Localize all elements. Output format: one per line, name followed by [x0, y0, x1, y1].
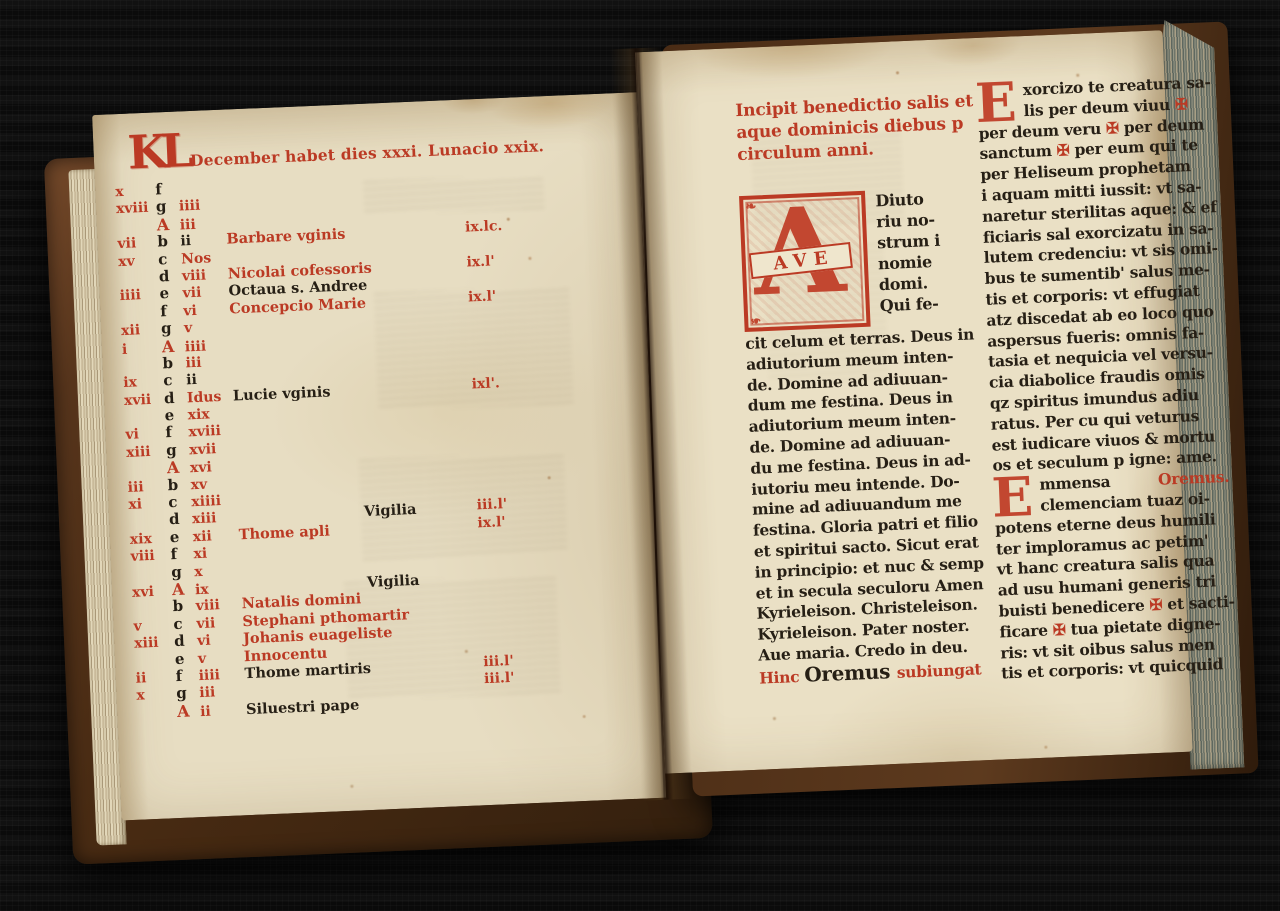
calendar-rows: xfxviiigiiiiAiiiviibiiBarbare vginisix.l… [95, 160, 662, 721]
initial-side-line: nomie [878, 251, 942, 275]
maltese-cross-icon: ✠ [1149, 595, 1162, 615]
day-numeral: ii [200, 702, 247, 720]
dominical-letter: d [174, 631, 198, 650]
golden-number [117, 230, 157, 232]
lessons-note: ix.lc. [465, 218, 503, 236]
foxing-spots [896, 71, 899, 74]
dominical-letter: e [159, 284, 183, 303]
lessons-note: ix.l' [477, 514, 506, 531]
dominical-letter: b [157, 232, 181, 251]
golden-number [135, 664, 175, 666]
dominical-letter: g [156, 197, 180, 216]
golden-number [121, 316, 161, 318]
maltese-cross-icon: ✠ [1056, 141, 1069, 161]
dominical-letter: f [175, 666, 199, 685]
dominical-letter: A [177, 701, 201, 721]
initial-side-line: Diuto [875, 188, 939, 212]
maltese-cross-icon: ✠ [1106, 118, 1119, 138]
dominical-letter: c [158, 249, 182, 268]
kl-monogram: KL [127, 127, 187, 175]
lessons-note: iii.l' [484, 670, 515, 687]
dominical-letter: e [169, 527, 193, 546]
dominical-letter: d [159, 266, 183, 285]
dominical-letter: c [173, 614, 197, 633]
initial-side-line: Qui fe- [879, 293, 943, 317]
initial-side-text: Diutoriu no-strum inomiedomi.Qui fe- [875, 188, 944, 327]
dominical-letter: b [172, 597, 196, 616]
feast-name: Siluestri pape [246, 696, 360, 718]
dominical-letter: f [155, 180, 179, 199]
lessons-note: iii.l' [483, 653, 514, 670]
golden-number [133, 612, 173, 614]
calendar-title: December habet dies xxxi. Lunacio xxix. [190, 136, 545, 170]
golden-number [137, 717, 177, 719]
right-page-benediction: Incipit benedictio salis etaque dominici… [635, 30, 1193, 773]
dominical-letter: e [164, 405, 188, 424]
initial-side-line: strum i [877, 230, 941, 254]
dominical-letter: c [163, 371, 187, 390]
dominical-letter: f [160, 301, 184, 320]
column1-body: cit celum et terras. Deus inadiutorium m… [745, 324, 996, 689]
photo-of-open-incunabulum: { "palette": {"ink_red": "#bb3a24", "ink… [0, 0, 1280, 911]
dominical-letter: b [162, 353, 186, 372]
maltese-cross-icon: ✠ [1175, 94, 1188, 114]
dominical-letter: d [164, 388, 188, 407]
golden-number [127, 474, 167, 476]
golden-number [125, 420, 165, 422]
dominical-letter: g [171, 562, 195, 581]
dominical-letter: g [161, 319, 185, 338]
decorated-initial-A: A ❧ ❧ AVE [739, 191, 871, 332]
vine-ornament-icon: ❧ [745, 199, 757, 214]
decorated-initial-row: A ❧ ❧ AVE Diutoriu no-strum inomiedomi.Q… [739, 186, 980, 332]
golden-number [119, 281, 159, 283]
dominical-letter: e [175, 649, 199, 668]
dominical-letter: f [165, 423, 189, 442]
lessons-note: ixl'. [471, 375, 500, 392]
day-numeral [178, 192, 224, 194]
dominical-letter: b [167, 475, 191, 494]
vine-ornament-icon: ❧ [750, 312, 762, 327]
golden-number [123, 368, 163, 370]
left-page-calendar: KL December habet dies xxxi. Lunacio xxi… [92, 92, 666, 820]
dominical-letter: f [170, 544, 194, 563]
lessons-note: ix.l' [468, 288, 497, 305]
maltese-cross-icon: ✠ [1052, 620, 1065, 640]
lessons-note: iii.l' [476, 496, 507, 513]
text-column-right: Exorcizo te creatura sa-lis per deum viu… [976, 72, 1237, 684]
golden-number [132, 577, 172, 579]
initial-side-line: domi. [878, 272, 942, 296]
lessons-note: ix.l' [466, 253, 495, 270]
text-column-left: Incipit benedictio salis etaque dominici… [735, 90, 995, 689]
open-book: KL December habet dies xxxi. Lunacio xxi… [42, 6, 1260, 867]
dominical-letter: c [168, 492, 192, 511]
dominical-letter: g [176, 683, 200, 702]
dominical-letter: d [169, 510, 193, 529]
initial-side-line: riu no- [876, 209, 940, 233]
dominical-letter: g [166, 440, 190, 459]
benediction-heading: Incipit benedictio salis etaque dominici… [735, 90, 974, 166]
golden-number [129, 525, 169, 527]
